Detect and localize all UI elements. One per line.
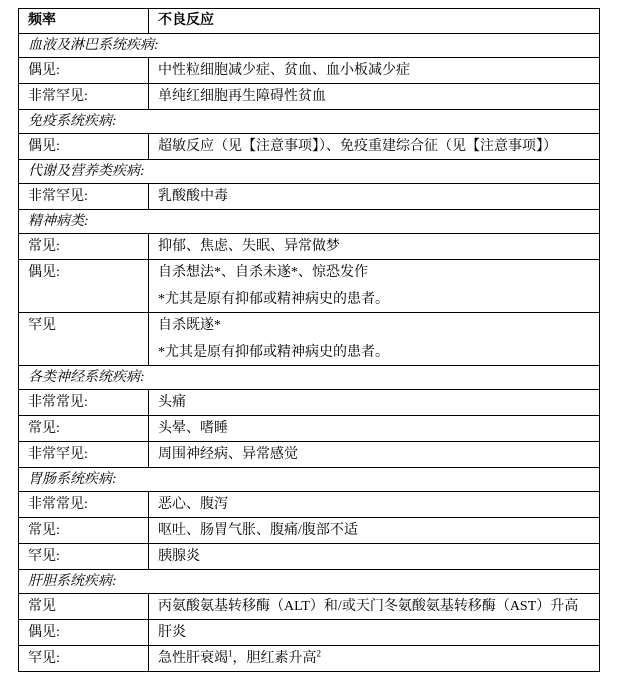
section-row: 胃肠系统疾病: bbox=[19, 468, 600, 492]
reaction-cell: 中性粒细胞减少症、贫血、血小板减少症 bbox=[149, 58, 600, 84]
entry-row: 非常罕见:单纯红细胞再生障碍性贫血 bbox=[19, 84, 600, 110]
reaction-cell: 抑郁、焦虑、失眠、异常做梦 bbox=[149, 234, 600, 260]
entry-row: 常见丙氨酸氨基转移酶（ALT）和/或天门冬氨酸氨基转移酶（AST）升高 bbox=[19, 594, 600, 620]
reaction-cell: 单纯红细胞再生障碍性贫血 bbox=[149, 84, 600, 110]
frequency-cell: 偶见: bbox=[19, 260, 149, 313]
section-row: 各类神经系统疾病: bbox=[19, 366, 600, 390]
reaction-cell: 周围神经病、异常感觉 bbox=[149, 442, 600, 468]
reaction-line: 急性肝衰竭1，胆红素升高2 bbox=[158, 648, 591, 669]
entry-row: 偶见:中性粒细胞减少症、贫血、血小板减少症 bbox=[19, 58, 600, 84]
entry-row: 非常罕见:乳酸酸中毒 bbox=[19, 184, 600, 210]
reaction-line: 呕吐、肠胃气胀、腹痛/腹部不适 bbox=[158, 520, 591, 541]
reaction-text: ，胆红素升高 bbox=[233, 651, 317, 666]
reaction-line: 肝炎 bbox=[158, 622, 591, 643]
reaction-line: 自杀既遂* bbox=[158, 315, 591, 336]
entry-row: 偶见:自杀想法*、自杀未遂*、惊恐发作*尤其是原有抑郁或精神病史的患者。 bbox=[19, 260, 600, 313]
frequency-cell: 常见: bbox=[19, 416, 149, 442]
entry-row: 偶见:超敏反应（见【注意事项】）、免疫重建综合征（见【注意事项】） bbox=[19, 134, 600, 160]
reaction-cell: 胰腺炎 bbox=[149, 544, 600, 570]
section-row: 免疫系统疾病: bbox=[19, 110, 600, 134]
column-header-frequency: 频率 bbox=[19, 9, 149, 34]
reaction-line: *尤其是原有抑郁或精神病史的患者。 bbox=[158, 342, 591, 363]
frequency-cell: 非常罕见: bbox=[19, 84, 149, 110]
reaction-line: 中性粒细胞减少症、贫血、血小板减少症 bbox=[158, 60, 591, 81]
section-label: 精神病类: bbox=[19, 210, 600, 234]
reaction-line: 自杀想法*、自杀未遂*、惊恐发作 bbox=[158, 262, 591, 283]
entry-row: 常见:呕吐、肠胃气胀、腹痛/腹部不适 bbox=[19, 518, 600, 544]
reactions-table-body: 血液及淋巴系统疾病:偶见:中性粒细胞减少症、贫血、血小板减少症非常罕见:单纯红细… bbox=[19, 34, 600, 672]
footnote-superscript: 2 bbox=[317, 648, 322, 658]
frequency-cell: 罕见 bbox=[19, 313, 149, 366]
frequency-cell: 非常罕见: bbox=[19, 184, 149, 210]
reaction-cell: 自杀想法*、自杀未遂*、惊恐发作*尤其是原有抑郁或精神病史的患者。 bbox=[149, 260, 600, 313]
reaction-cell: 头晕、嗜睡 bbox=[149, 416, 600, 442]
adverse-reactions-table: 频率 不良反应 血液及淋巴系统疾病:偶见:中性粒细胞减少症、贫血、血小板减少症非… bbox=[18, 8, 600, 672]
entry-row: 常见:抑郁、焦虑、失眠、异常做梦 bbox=[19, 234, 600, 260]
frequency-cell: 罕见: bbox=[19, 544, 149, 570]
section-label: 免疫系统疾病: bbox=[19, 110, 600, 134]
reaction-cell: 乳酸酸中毒 bbox=[149, 184, 600, 210]
entry-row: 非常罕见:周围神经病、异常感觉 bbox=[19, 442, 600, 468]
table-header-row: 频率 不良反应 bbox=[19, 9, 600, 34]
frequency-cell: 非常罕见: bbox=[19, 442, 149, 468]
reaction-cell: 超敏反应（见【注意事项】）、免疫重建综合征（见【注意事项】） bbox=[149, 134, 600, 160]
reaction-line: 单纯红细胞再生障碍性贫血 bbox=[158, 86, 591, 107]
reaction-line: 恶心、腹泻 bbox=[158, 494, 591, 515]
column-header-reaction: 不良反应 bbox=[149, 9, 600, 34]
entry-row: 罕见自杀既遂**尤其是原有抑郁或精神病史的患者。 bbox=[19, 313, 600, 366]
entry-row: 罕见:急性肝衰竭1，胆红素升高2 bbox=[19, 646, 600, 672]
reaction-line: 抑郁、焦虑、失眠、异常做梦 bbox=[158, 236, 591, 257]
section-row: 代谢及营养类疾病: bbox=[19, 160, 600, 184]
document-page: 频率 不良反应 血液及淋巴系统疾病:偶见:中性粒细胞减少症、贫血、血小板减少症非… bbox=[0, 0, 627, 700]
reaction-cell: 呕吐、肠胃气胀、腹痛/腹部不适 bbox=[149, 518, 600, 544]
section-label: 胃肠系统疾病: bbox=[19, 468, 600, 492]
entry-row: 非常常见:头痛 bbox=[19, 390, 600, 416]
reaction-cell: 急性肝衰竭1，胆红素升高2 bbox=[149, 646, 600, 672]
frequency-cell: 偶见: bbox=[19, 620, 149, 646]
entry-row: 非常常见:恶心、腹泻 bbox=[19, 492, 600, 518]
reaction-cell: 恶心、腹泻 bbox=[149, 492, 600, 518]
frequency-cell: 偶见: bbox=[19, 58, 149, 84]
frequency-cell: 常见 bbox=[19, 594, 149, 620]
frequency-cell: 偶见: bbox=[19, 134, 149, 160]
reaction-line: 胰腺炎 bbox=[158, 546, 591, 567]
reaction-line: 头晕、嗜睡 bbox=[158, 418, 591, 439]
reaction-line: 乳酸酸中毒 bbox=[158, 186, 591, 207]
reaction-text: 急性肝衰竭 bbox=[158, 651, 228, 666]
frequency-cell: 常见: bbox=[19, 518, 149, 544]
reaction-cell: 头痛 bbox=[149, 390, 600, 416]
section-label: 肝胆系统疾病: bbox=[19, 570, 600, 594]
reaction-cell: 自杀既遂**尤其是原有抑郁或精神病史的患者。 bbox=[149, 313, 600, 366]
entry-row: 常见:头晕、嗜睡 bbox=[19, 416, 600, 442]
entry-row: 罕见:胰腺炎 bbox=[19, 544, 600, 570]
reaction-line: 丙氨酸氨基转移酶（ALT）和/或天门冬氨酸氨基转移酶（AST）升高 bbox=[158, 596, 591, 617]
section-row: 肝胆系统疾病: bbox=[19, 570, 600, 594]
reaction-line: 周围神经病、异常感觉 bbox=[158, 444, 591, 465]
reaction-line: 超敏反应（见【注意事项】）、免疫重建综合征（见【注意事项】） bbox=[158, 136, 591, 157]
section-row: 精神病类: bbox=[19, 210, 600, 234]
reaction-line: 头痛 bbox=[158, 392, 591, 413]
frequency-cell: 罕见: bbox=[19, 646, 149, 672]
section-label: 代谢及营养类疾病: bbox=[19, 160, 600, 184]
section-row: 血液及淋巴系统疾病: bbox=[19, 34, 600, 58]
reaction-cell: 肝炎 bbox=[149, 620, 600, 646]
frequency-cell: 常见: bbox=[19, 234, 149, 260]
frequency-cell: 非常常见: bbox=[19, 492, 149, 518]
entry-row: 偶见:肝炎 bbox=[19, 620, 600, 646]
frequency-cell: 非常常见: bbox=[19, 390, 149, 416]
reaction-line: *尤其是原有抑郁或精神病史的患者。 bbox=[158, 289, 591, 310]
section-label: 各类神经系统疾病: bbox=[19, 366, 600, 390]
section-label: 血液及淋巴系统疾病: bbox=[19, 34, 600, 58]
reaction-cell: 丙氨酸氨基转移酶（ALT）和/或天门冬氨酸氨基转移酶（AST）升高 bbox=[149, 594, 600, 620]
